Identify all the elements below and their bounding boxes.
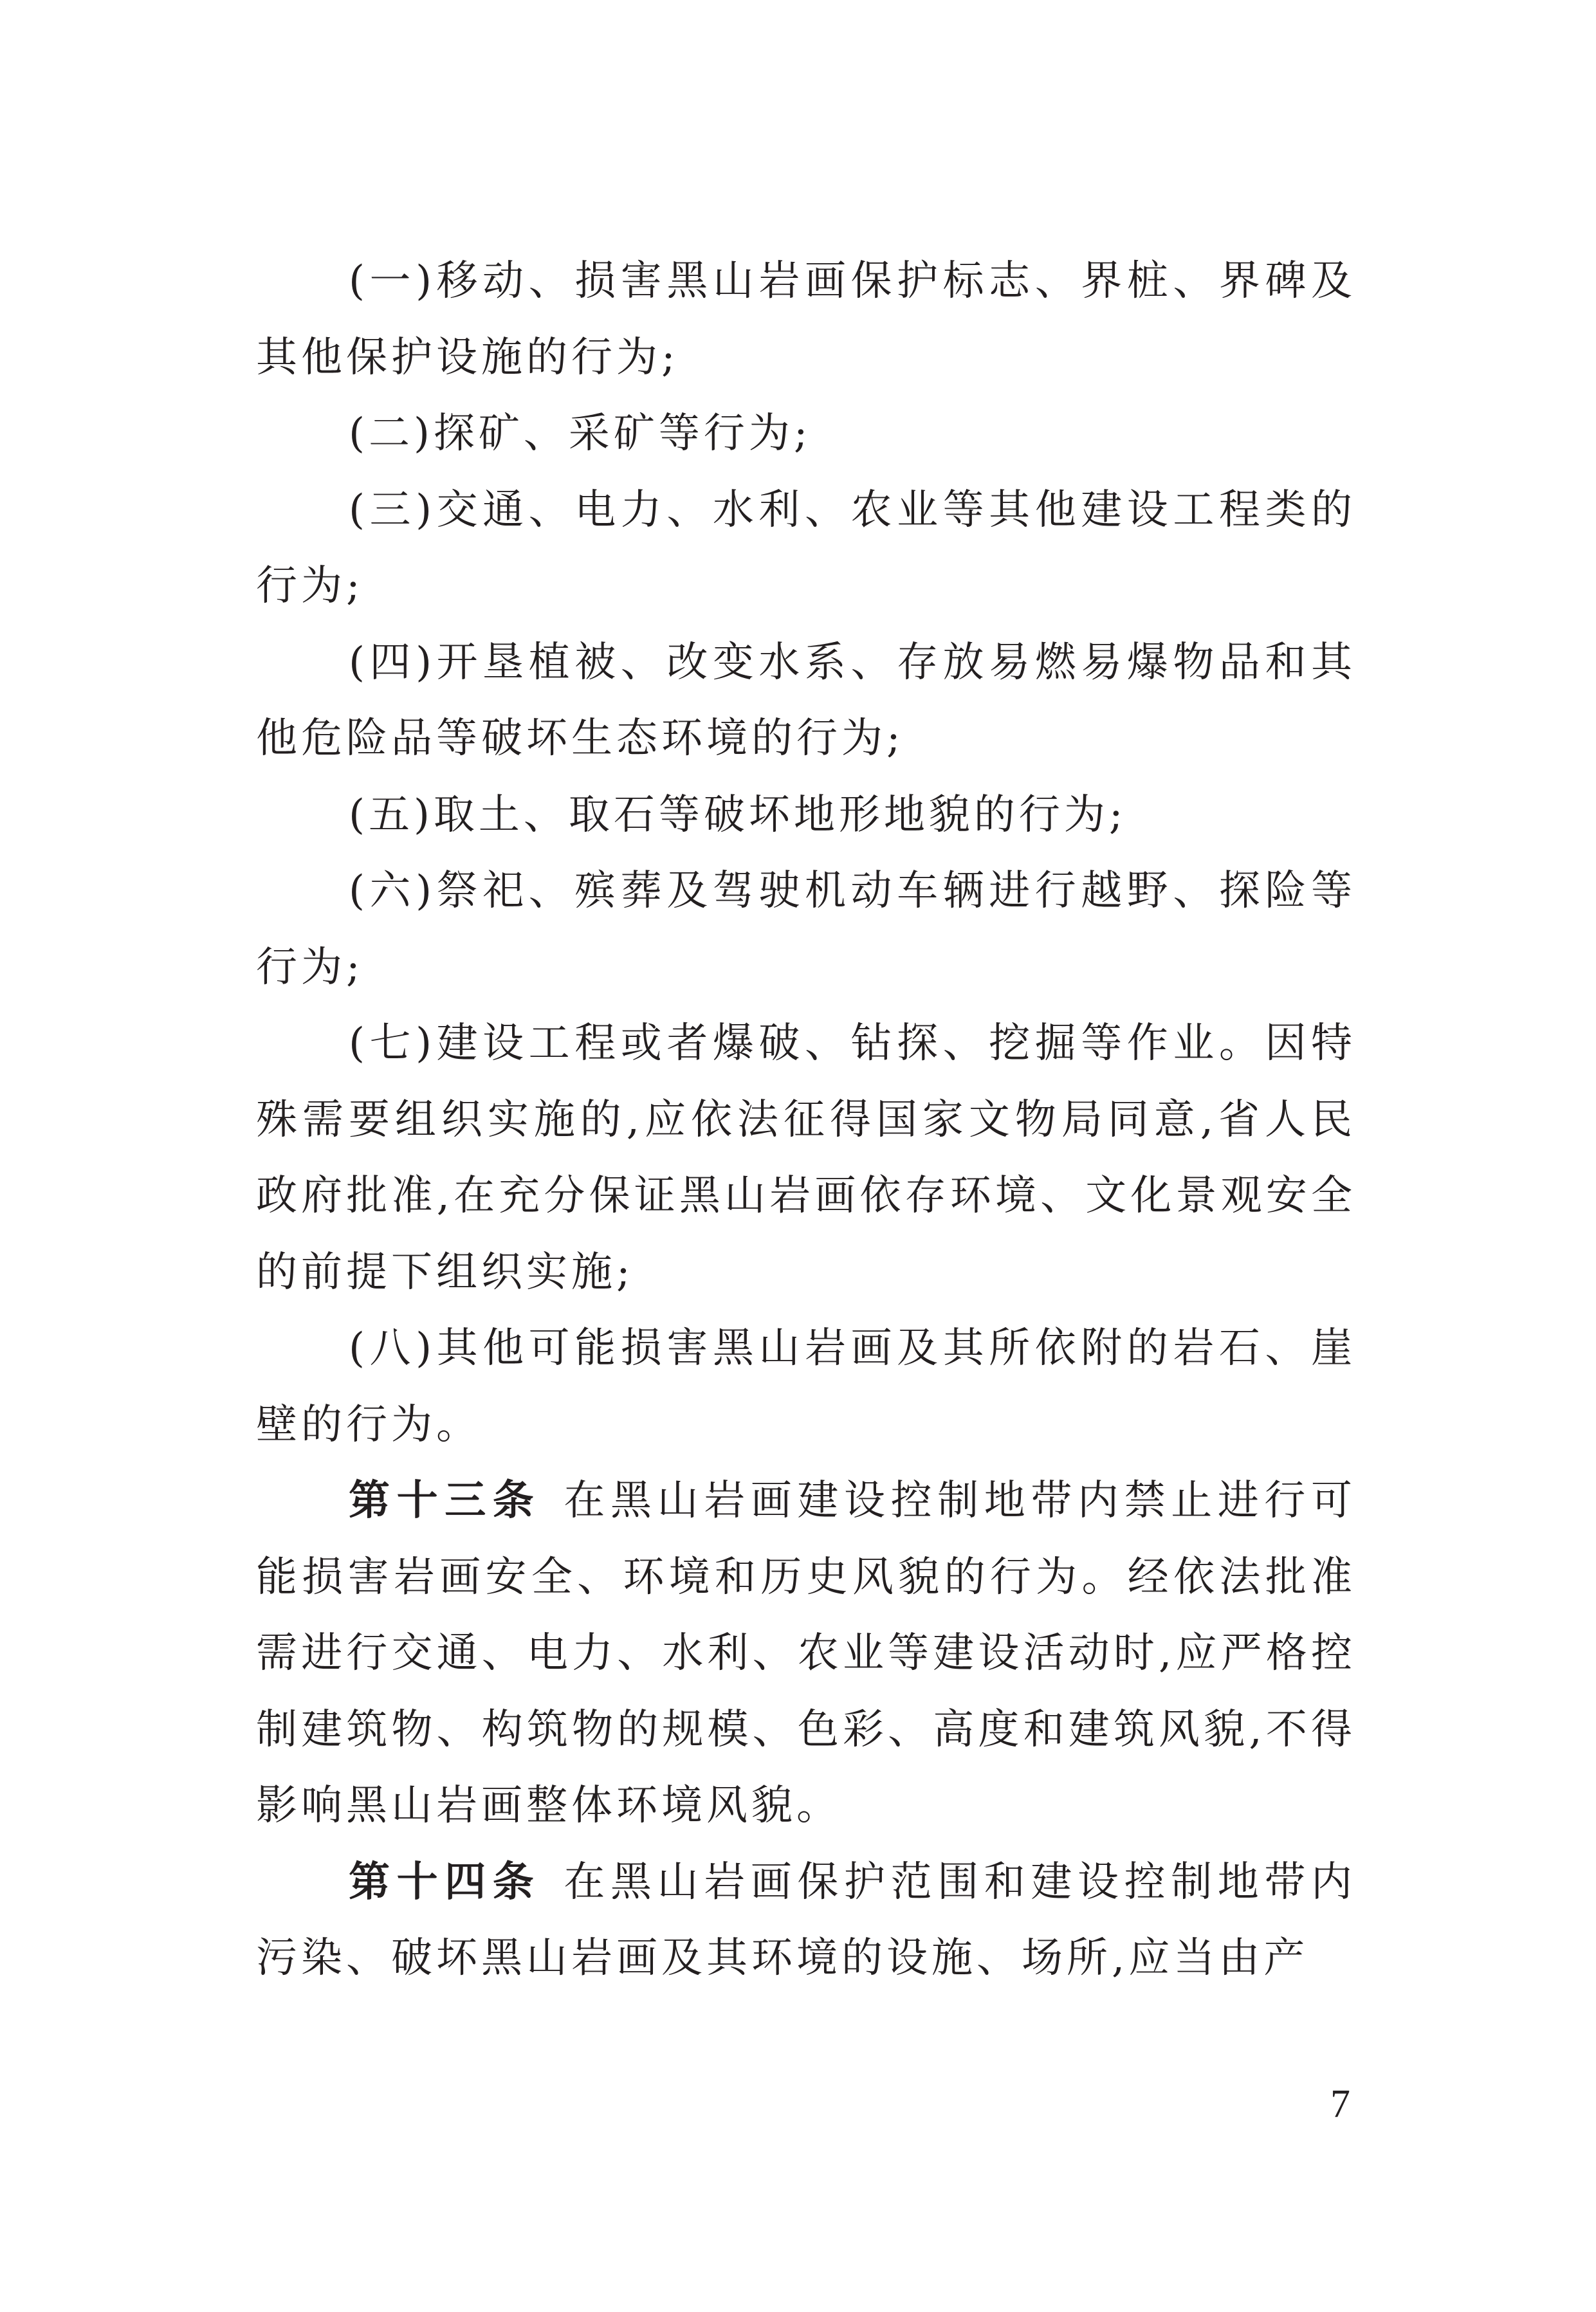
article-13-title: 第十三条 [349,1477,540,1525]
article-14: 第十四条在黑山岩画保护范围和建设控制地带内污染、破坏黑山岩画及其环境的设施、场所… [256,1844,1356,1997]
page-number: 7 [1330,2082,1350,2127]
list-item-2: (二)探矿、采矿等行为; [256,396,1356,472]
article-13-body: 在黑山岩画建设控制地带内禁止进行可能损害岩画安全、环境和历史风貌的行为。经依法批… [256,1477,1356,1830]
list-item-1: (一)移动、损害黑山岩画保护标志、界桩、界碑及其他保护设施的行为; [256,243,1356,396]
list-item-4: (四)开垦植被、改变水系、存放易燃易爆物品和其他危险品等破坏生态环境的行为; [256,625,1356,777]
list-item-6: (六)祭祀、殡葬及驾驶机动车辆进行越野、探险等行为; [256,853,1356,1005]
list-item-8: (八)其他可能损害黑山岩画及其所依附的岩石、崖壁的行为。 [256,1310,1356,1463]
article-13: 第十三条在黑山岩画建设控制地带内禁止进行可能损害岩画安全、环境和历史风貌的行为。… [256,1463,1356,1844]
list-item-5: (五)取土、取石等破坏地形地貌的行为; [256,777,1356,854]
list-item-7: (七)建设工程或者爆破、钻探、挖掘等作业。因特殊需要组织实施的,应依法征得国家文… [256,1005,1356,1310]
article-14-title: 第十四条 [349,1858,540,1906]
list-item-3: (三)交通、电力、水利、农业等其他建设工程类的行为; [256,472,1356,625]
document-page: (一)移动、损害黑山岩画保护标志、界桩、界碑及其他保护设施的行为; (二)探矿、… [256,243,1356,1997]
